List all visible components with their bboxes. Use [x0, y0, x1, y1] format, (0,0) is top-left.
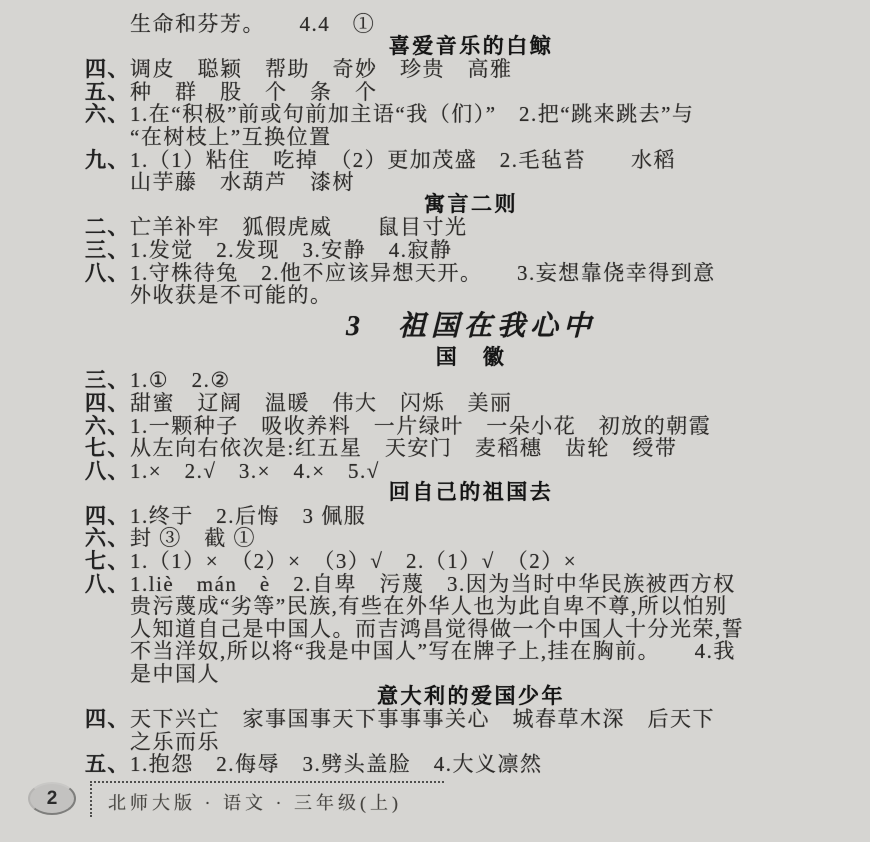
answer-line: 山芋藤 水葫芦 漆树 — [85, 171, 857, 194]
answer-line: 四、调皮 聪颖 帮助 奇妙 珍贵 高雅 — [85, 58, 857, 81]
question-number: 九、 — [85, 148, 130, 172]
answer-text: 1.终于 2.后悔 3 佩服 — [130, 504, 366, 528]
answer-text: 从左向右依次是:红五星 天安门 麦稻穗 齿轮 绶带 — [130, 436, 677, 460]
question-number: 八、 — [85, 459, 130, 483]
question-number: 三、 — [85, 238, 130, 262]
page-footer: 2 北师大版 · 语文 · 三年级(上) — [0, 779, 870, 829]
question-number: 六、 — [85, 526, 130, 550]
answer-line: 四、天下兴亡 家事国事天下事事事关心 城春草木深 后天下 — [85, 708, 857, 731]
question-number: 六、 — [85, 102, 130, 126]
answer-line: 八、1.× 2.√ 3.× 4.× 5.√ — [85, 460, 857, 483]
question-number: 二、 — [85, 215, 130, 239]
answer-text: 1.liè mán è 2.自卑 污蔑 3.因为当时中华民族被西方权 — [130, 572, 736, 596]
answer-line: 九、1.（1）粘住 吃掉 （2）更加茂盛 2.毛毡苔 水稻 — [85, 149, 857, 172]
answer-line: 六、1.一颗种子 吸收养料 一片绿叶 一朵小花 初放的朝霞 — [85, 415, 857, 438]
answer-text: 人知道自己是中国人。而吉鸿昌觉得做一个中国人十分光荣,誓 — [130, 617, 744, 641]
question-number: 四、 — [85, 391, 130, 415]
answer-text: 之乐而乐 — [130, 730, 220, 754]
answer-line: “在树枝上”互换位置 — [85, 126, 857, 149]
answer-line: 贵污蔑成“劣等”民族,有些在外华人也为此自卑不尊,所以怕别 — [85, 595, 857, 618]
answer-line: 三、1.① 2.② — [85, 369, 857, 392]
answer-text: 1.× 2.√ 3.× 4.× 5.√ — [130, 459, 380, 483]
question-number: 七、 — [85, 436, 130, 460]
answer-line: 五、1.抱怨 2.侮辱 3.劈头盖脸 4.大义凛然 — [85, 753, 857, 776]
answer-line: 八、1.守株待兔 2.他不应该异想天开。 3.妄想靠侥幸得到意 — [85, 262, 857, 285]
scanned-answer-page: 生命和芬芳。 4.4 ① 喜爱音乐的白鲸 四、调皮 聪颖 帮助 奇妙 珍贵 高雅… — [0, 0, 870, 842]
answer-text: 不当洋奴,所以将“我是中国人”写在牌子上,挂在胸前。 4.我 — [130, 639, 736, 663]
question-number: 五、 — [85, 752, 130, 776]
question-number: 四、 — [85, 707, 130, 731]
answer-text: 1.① 2.② — [130, 368, 231, 392]
answer-line: 六、1.在“积极”前或句前加主语“我（们）” 2.把“跳来跳去”与 — [85, 103, 857, 126]
answer-line: 八、1.liè mán è 2.自卑 污蔑 3.因为当时中华民族被西方权 — [85, 573, 857, 596]
answer-line: 七、1.（1）× （2）× （3）√ 2.（1）√ （2）× — [85, 550, 857, 573]
question-number: 四、 — [85, 504, 130, 528]
answer-text: 外收获是不可能的。 — [130, 283, 333, 307]
answer-line: 人知道自己是中国人。而吉鸿昌觉得做一个中国人十分光荣,誓 — [85, 618, 857, 641]
section-header: 寓言二则 — [85, 194, 857, 217]
answer-text: 甜蜜 辽阔 温暖 伟大 闪烁 美丽 — [130, 391, 513, 415]
answer-line: 外收获是不可能的。 — [85, 284, 857, 307]
answer-text: 山芋藤 水葫芦 漆树 — [130, 170, 355, 194]
answer-content: 生命和芬芳。 4.4 ① 喜爱音乐的白鲸 四、调皮 聪颖 帮助 奇妙 珍贵 高雅… — [85, 13, 857, 776]
answer-text: 调皮 聪颖 帮助 奇妙 珍贵 高雅 — [130, 57, 513, 81]
answer-line: 四、甜蜜 辽阔 温暖 伟大 闪烁 美丽 — [85, 392, 857, 415]
answer-text: 天下兴亡 家事国事天下事事事关心 城春草木深 后天下 — [130, 707, 715, 731]
answer-text: “在树枝上”互换位置 — [130, 125, 332, 149]
answer-text: 封 ③ 截 ① — [130, 526, 256, 550]
answer-line: 五、种 群 股 个 条 个 — [85, 81, 857, 104]
question-number: 八、 — [85, 572, 130, 596]
answer-text: 亡羊补牢 狐假虎威 鼠目寸光 — [130, 215, 468, 239]
page-number-badge: 2 — [28, 782, 76, 815]
imprint-label: 北师大版 · 语文 · 三年级(上) — [90, 781, 444, 817]
section-header: 国 徽 — [85, 347, 857, 370]
answer-text: 是中国人 — [130, 662, 220, 686]
section-header: 喜爱音乐的白鲸 — [85, 36, 857, 59]
section-header: 意大利的爱国少年 — [85, 686, 857, 709]
answer-line: 不当洋奴,所以将“我是中国人”写在牌子上,挂在胸前。 4.我 — [85, 640, 857, 663]
answer-text: 种 群 股 个 条 个 — [130, 80, 378, 104]
answer-text: 1.发觉 2.发现 3.安静 4.寂静 — [130, 238, 453, 262]
answer-text: 生命和芬芳。 4.4 ① — [130, 12, 375, 36]
answer-line: 三、1.发觉 2.发现 3.安静 4.寂静 — [85, 239, 857, 262]
answer-line: 二、亡羊补牢 狐假虎威 鼠目寸光 — [85, 216, 857, 239]
lesson-title: 3 祖国在我心中 — [85, 307, 857, 347]
question-number: 八、 — [85, 261, 130, 285]
question-number: 四、 — [85, 57, 130, 81]
question-number: 五、 — [85, 80, 130, 104]
answer-line: 之乐而乐 — [85, 731, 857, 754]
answer-text: 1.（1）× （2）× （3）√ 2.（1）√ （2）× — [130, 549, 577, 573]
question-number: 七、 — [85, 549, 130, 573]
answer-line: 六、封 ③ 截 ① — [85, 527, 857, 550]
answer-text: 贵污蔑成“劣等”民族,有些在外华人也为此自卑不尊,所以怕别 — [130, 594, 728, 618]
answer-line: 是中国人 — [85, 663, 857, 686]
answer-text: 1.（1）粘住 吃掉 （2）更加茂盛 2.毛毡苔 水稻 — [130, 148, 676, 172]
question-number: 六、 — [85, 414, 130, 438]
answer-text: 1.守株待兔 2.他不应该异想天开。 3.妄想靠侥幸得到意 — [130, 261, 716, 285]
question-number: 三、 — [85, 368, 130, 392]
answer-line: 四、1.终于 2.后悔 3 佩服 — [85, 505, 857, 528]
answer-line: 生命和芬芳。 4.4 ① — [85, 13, 857, 36]
answer-text: 1.一颗种子 吸收养料 一片绿叶 一朵小花 初放的朝霞 — [130, 414, 711, 438]
answer-line: 七、从左向右依次是:红五星 天安门 麦稻穗 齿轮 绶带 — [85, 437, 857, 460]
answer-text: 1.在“积极”前或句前加主语“我（们）” 2.把“跳来跳去”与 — [130, 102, 694, 126]
answer-text: 1.抱怨 2.侮辱 3.劈头盖脸 4.大义凛然 — [130, 752, 543, 776]
section-header: 回自己的祖国去 — [85, 482, 857, 505]
